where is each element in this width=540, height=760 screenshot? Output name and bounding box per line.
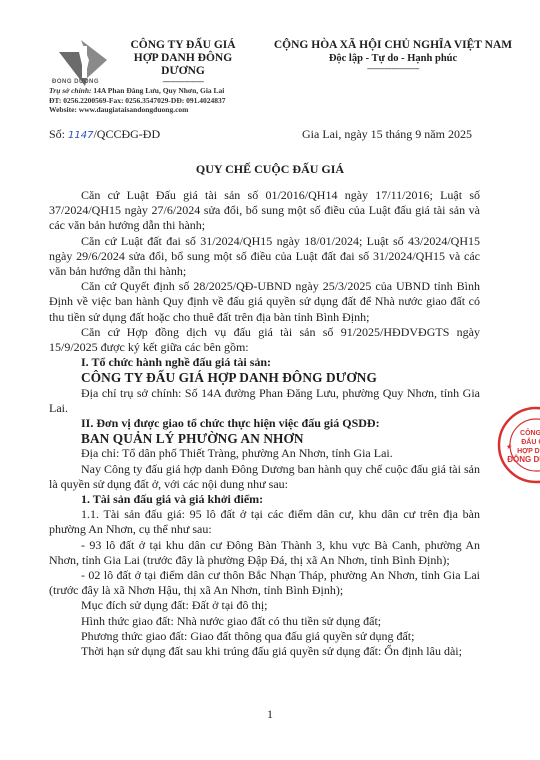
paragraph: 1.1. Tài sản đấu giá: 95 lô đất ở tại cá… [49,507,480,537]
paragraph: Căn cứ Luật đất đai số 31/2024/QH15 ngày… [49,234,480,280]
organization-name: BAN QUẢN LÝ PHƯỜNG AN NHƠN [49,431,480,446]
paragraph: Căn cứ Hợp đồng dịch vụ đấu giá tài sản … [49,325,480,355]
company-line2: HỢP DANH ĐÔNG DƯƠNG [118,52,248,78]
paragraph: Mục đích sử dụng đất: Đất ở tại đô thị; [49,598,480,613]
paragraph: Địa chỉ trụ sở chính: Số 14A đường Phan … [49,386,480,416]
contact-phone: ĐT: 0256.2200569-Fax: 0256.3547029-DĐ: 0… [49,96,226,106]
paragraph: Phương thức giao đất: Giao đất thông qua… [49,629,480,644]
section-heading: II. Đơn vị được giao tổ chức thực hiện v… [49,416,480,431]
place-date: Gia Lai, ngày 15 tháng 9 năm 2025 [302,127,472,142]
company-name: CÔNG TY ĐẤU GIÁ HỢP DANH ĐÔNG DƯƠNG ----… [118,39,248,86]
paragraph: Căn cứ Quyết định số 28/2025/QĐ-UBND ngà… [49,279,480,325]
list-item: - 93 lô đất ở tại khu dân cư Đông Bàn Th… [49,538,480,568]
document-body: Căn cứ Luật Đấu giá tài sản số 01/2016/Q… [49,188,480,659]
contact-website: Website: www.daugiataisandongduong.com [49,105,226,115]
contact-address: Trụ sở chính: 14A Phan Đăng Lưu, Quy Nhơ… [49,86,226,96]
company-rule: ------------------- [118,78,248,86]
document-number: Số: 1147/QCCĐG-ĐD [49,127,160,142]
organization-name: CÔNG TY ĐẤU GIÁ HỢP DANH ĐÔNG DƯƠNG [49,370,480,385]
company-line1: CÔNG TY ĐẤU GIÁ [118,39,248,52]
section-heading: 1. Tài sản đấu giá và giá khởi điểm: [49,492,480,507]
svg-text:ĐẤU GIÁ: ĐẤU GIÁ [521,436,540,446]
national-header: CỘNG HÒA XÃ HỘI CHỦ NGHĨA VIỆT NAM Độc l… [258,39,528,73]
logo-text: ĐONG DUONG [52,79,99,85]
page-number: 1 [0,707,540,722]
paragraph: Thời hạn sử dụng đất sau khi trúng đấu g… [49,644,480,659]
svg-text:HỢP DANH: HỢP DANH [517,448,540,455]
paragraph: Hình thức giao đất: Nhà nước giao đất có… [49,614,480,629]
nation-rule: ------------------------ [258,65,528,73]
paragraph: Địa chỉ: Tổ dân phố Thiết Tràng, phường … [49,446,480,461]
svg-text:CÔNG TY: CÔNG TY [520,428,540,437]
list-item: - 02 lô đất ở tại điểm dân cư thôn Bắc N… [49,568,480,598]
section-heading: I. Tổ chức hành nghề đấu giá tài sản: [49,355,480,370]
paragraph: Nay Công ty đấu giá hợp danh Đông Dương … [49,462,480,492]
paragraph: Căn cứ Luật Đấu giá tài sản số 01/2016/Q… [49,188,480,234]
handwritten-number: 1147 [68,130,93,141]
svg-text:★: ★ [506,443,512,451]
document-title: QUY CHẾ CUỘC ĐẤU GIÁ [0,162,540,177]
svg-text:ĐÔNG DƯƠNG: ĐÔNG DƯƠNG [507,455,540,464]
nation-title: CỘNG HÒA XÃ HỘI CHỦ NGHĨA VIỆT NAM [258,39,528,52]
contact-info: Trụ sở chính: 14A Phan Đăng Lưu, Quy Nhơ… [49,86,226,115]
company-seal-icon: CÔNG TY ĐẤU GIÁ HỢP DANH ĐÔNG DƯƠNG ★ [496,405,540,485]
